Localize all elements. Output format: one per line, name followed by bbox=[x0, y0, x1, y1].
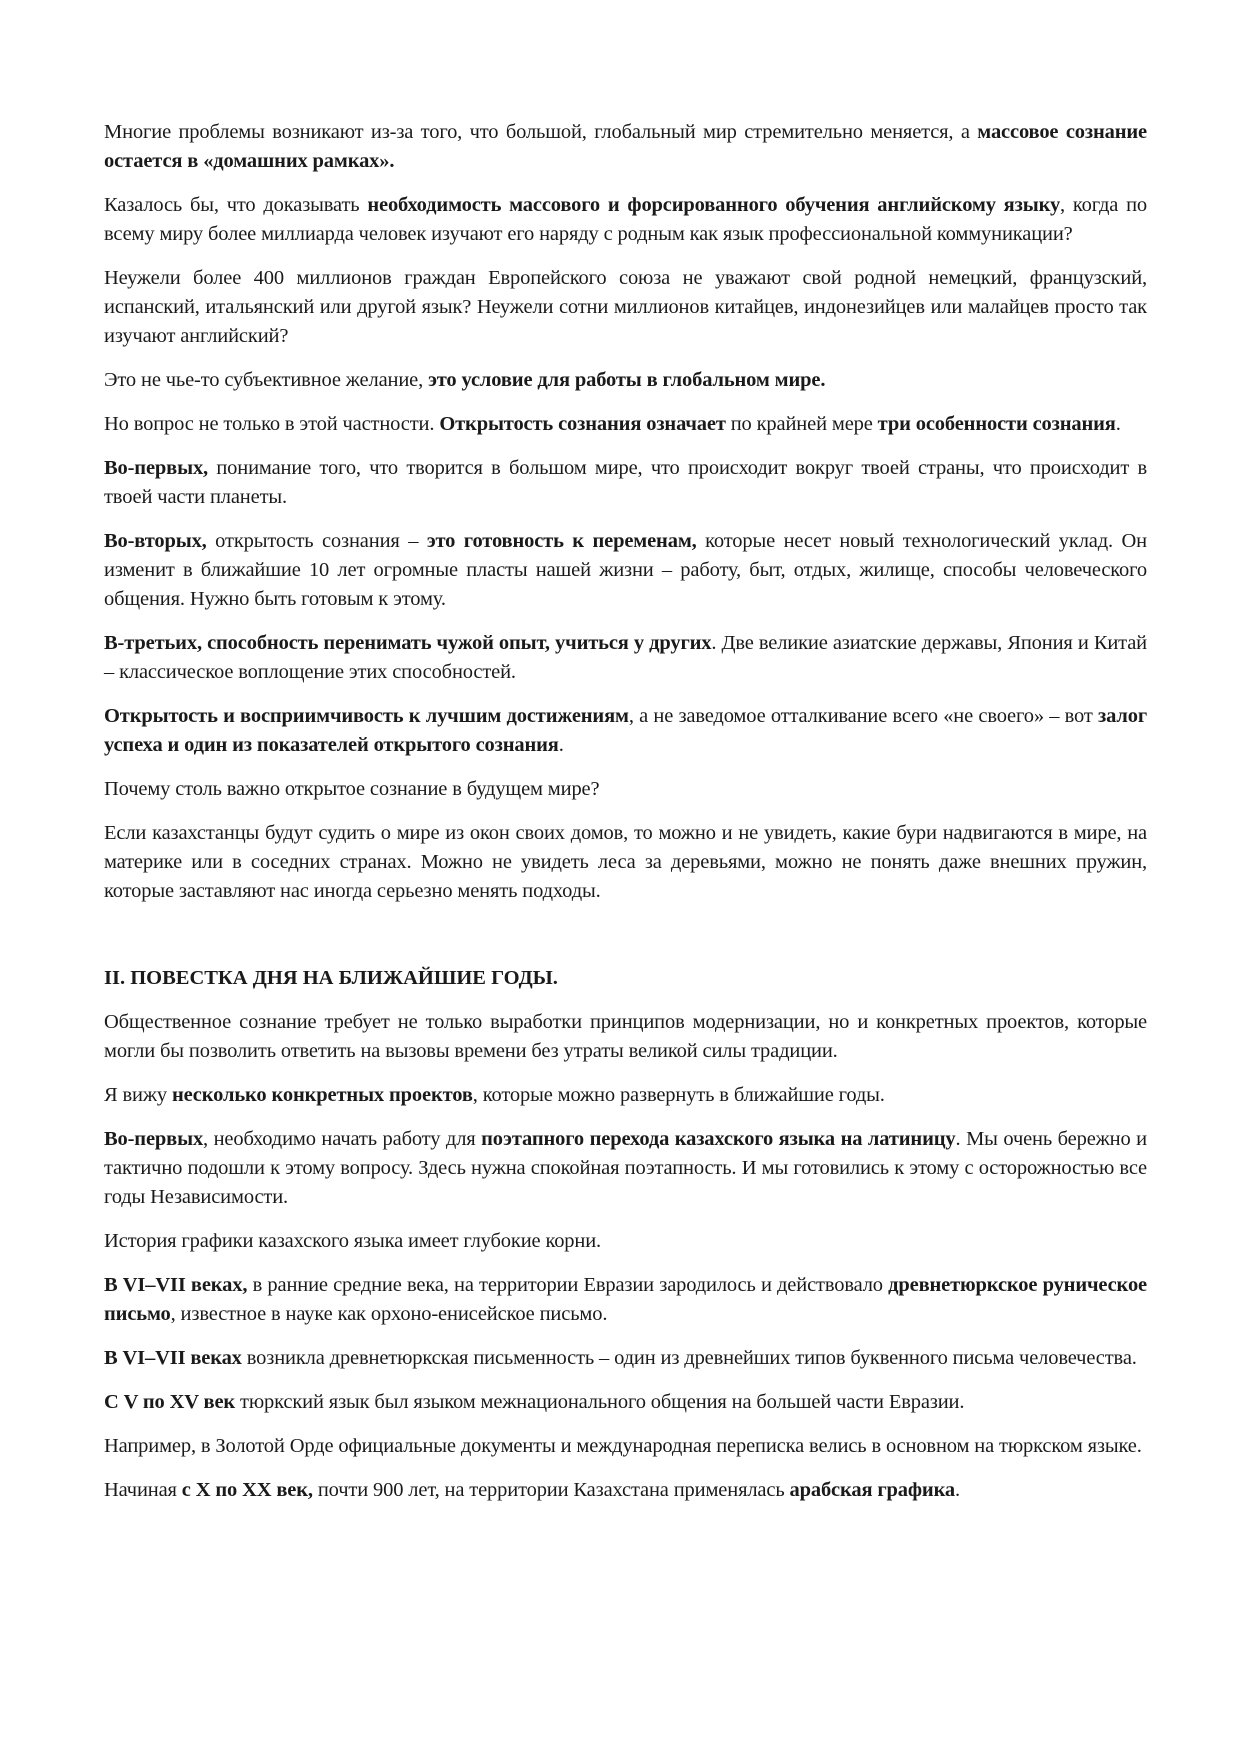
text-run: , а не заведомое отталкивание всего «не … bbox=[629, 705, 1098, 727]
paragraph: Это не чье-то субъективное желание, это … bbox=[104, 366, 1147, 395]
text-run: Но вопрос не только в этой частности. bbox=[104, 413, 439, 435]
bold-text-run: В VI–VII веках, bbox=[104, 1274, 247, 1296]
text-run: Если казахстанцы будут судить о мире из … bbox=[104, 822, 1147, 902]
text-run: , необходимо начать работу для bbox=[203, 1128, 481, 1150]
bold-text-run: поэтапного перехода казахского языка на … bbox=[481, 1128, 955, 1150]
text-run: Например, в Золотой Орде официальные док… bbox=[104, 1435, 1142, 1457]
text-run: почти 900 лет, на территории Казахстана … bbox=[313, 1479, 790, 1501]
paragraph: История графики казахского языка имеет г… bbox=[104, 1227, 1147, 1256]
paragraph: Начиная с X по XX век, почти 900 лет, на… bbox=[104, 1476, 1147, 1505]
paragraph: Например, в Золотой Орде официальные док… bbox=[104, 1432, 1147, 1461]
paragraph: Казалось бы, что доказывать необходимост… bbox=[104, 191, 1147, 249]
section-open-consciousness: Многие проблемы возникают из-за того, чт… bbox=[104, 118, 1147, 906]
paragraph: В VI–VII веках возникла древнетюркская п… bbox=[104, 1344, 1147, 1373]
text-run: Я вижу bbox=[104, 1084, 172, 1106]
bold-text-run: с X по XX век, bbox=[182, 1479, 313, 1501]
bold-text-run: несколько конкретных проектов bbox=[172, 1084, 473, 1106]
paragraph: Во-первых, понимание того, что творится … bbox=[104, 454, 1147, 512]
text-run: Общественное сознание требует не только … bbox=[104, 1011, 1147, 1062]
bold-text-run: Во-первых bbox=[104, 1128, 203, 1150]
bold-text-run: необходимость массового и форсированного… bbox=[367, 194, 1060, 216]
text-run: Многие проблемы возникают из-за того, чт… bbox=[104, 121, 977, 143]
bold-text-run: Открытость сознания означает bbox=[439, 413, 725, 435]
text-run: возникла древнетюркская письменность – о… bbox=[242, 1347, 1137, 1369]
paragraph: Если казахстанцы будут судить о мире из … bbox=[104, 819, 1147, 906]
text-run: Неужели более 400 миллионов граждан Евро… bbox=[104, 267, 1147, 347]
text-run: по крайней мере bbox=[726, 413, 878, 435]
text-run: в ранние средние века, на территории Евр… bbox=[247, 1274, 888, 1296]
bold-text-run: С V по XV век bbox=[104, 1391, 235, 1413]
section-agenda: Общественное сознание требует не только … bbox=[104, 1008, 1147, 1505]
paragraph: Но вопрос не только в этой частности. От… bbox=[104, 410, 1147, 439]
section-heading: II. ПОВЕСТКА ДНЯ НА БЛИЖАЙШИЕ ГОДЫ. bbox=[104, 964, 1147, 993]
bold-text-run: Открытость и восприимчивость к лучшим до… bbox=[104, 705, 629, 727]
bold-text-run: В-третьих, способность перенимать чужой … bbox=[104, 632, 711, 654]
text-run: тюркский язык был языком межнациональног… bbox=[235, 1391, 964, 1413]
bold-text-run: В VI–VII веках bbox=[104, 1347, 242, 1369]
text-run: Почему столь важно открытое сознание в б… bbox=[104, 778, 599, 800]
paragraph: Во-вторых, открытость сознания – это гот… bbox=[104, 527, 1147, 614]
paragraph: Почему столь важно открытое сознание в б… bbox=[104, 775, 1147, 804]
section-spacer bbox=[104, 921, 1147, 964]
paragraph: В VI–VII веках, в ранние средние века, н… bbox=[104, 1271, 1147, 1329]
bold-text-run: Во-вторых, bbox=[104, 530, 207, 552]
paragraph: Неужели более 400 миллионов граждан Евро… bbox=[104, 264, 1147, 351]
text-run: понимание того, что творится в большом м… bbox=[104, 457, 1147, 508]
text-run: , известное в науке как орхоно-енисейско… bbox=[171, 1303, 608, 1325]
bold-text-run: это готовность к переменам, bbox=[427, 530, 697, 552]
text-run: . bbox=[559, 734, 564, 756]
paragraph: Во-первых, необходимо начать работу для … bbox=[104, 1125, 1147, 1212]
bold-text-run: это условие для работы в глобальном мире… bbox=[428, 369, 825, 391]
text-run: . bbox=[1116, 413, 1121, 435]
document-page: Многие проблемы возникают из-за того, чт… bbox=[104, 118, 1147, 1520]
text-run: Это не чье-то субъективное желание, bbox=[104, 369, 428, 391]
paragraph: Я вижу несколько конкретных проектов, ко… bbox=[104, 1081, 1147, 1110]
paragraph: С V по XV век тюркский язык был языком м… bbox=[104, 1388, 1147, 1417]
bold-text-run: Во-первых, bbox=[104, 457, 208, 479]
text-run: . bbox=[955, 1479, 960, 1501]
text-run: История графики казахского языка имеет г… bbox=[104, 1230, 601, 1252]
text-run: открытость сознания – bbox=[207, 530, 427, 552]
paragraph: В-третьих, способность перенимать чужой … bbox=[104, 629, 1147, 687]
bold-text-run: арабская графика bbox=[790, 1479, 956, 1501]
text-run: Начиная bbox=[104, 1479, 182, 1501]
paragraph: Открытость и восприимчивость к лучшим до… bbox=[104, 702, 1147, 760]
text-run: Казалось бы, что доказывать bbox=[104, 194, 367, 216]
bold-text-run: три особенности сознания bbox=[878, 413, 1116, 435]
paragraph: Общественное сознание требует не только … bbox=[104, 1008, 1147, 1066]
text-run: , которые можно развернуть в ближайшие г… bbox=[473, 1084, 885, 1106]
paragraph: Многие проблемы возникают из-за того, чт… bbox=[104, 118, 1147, 176]
